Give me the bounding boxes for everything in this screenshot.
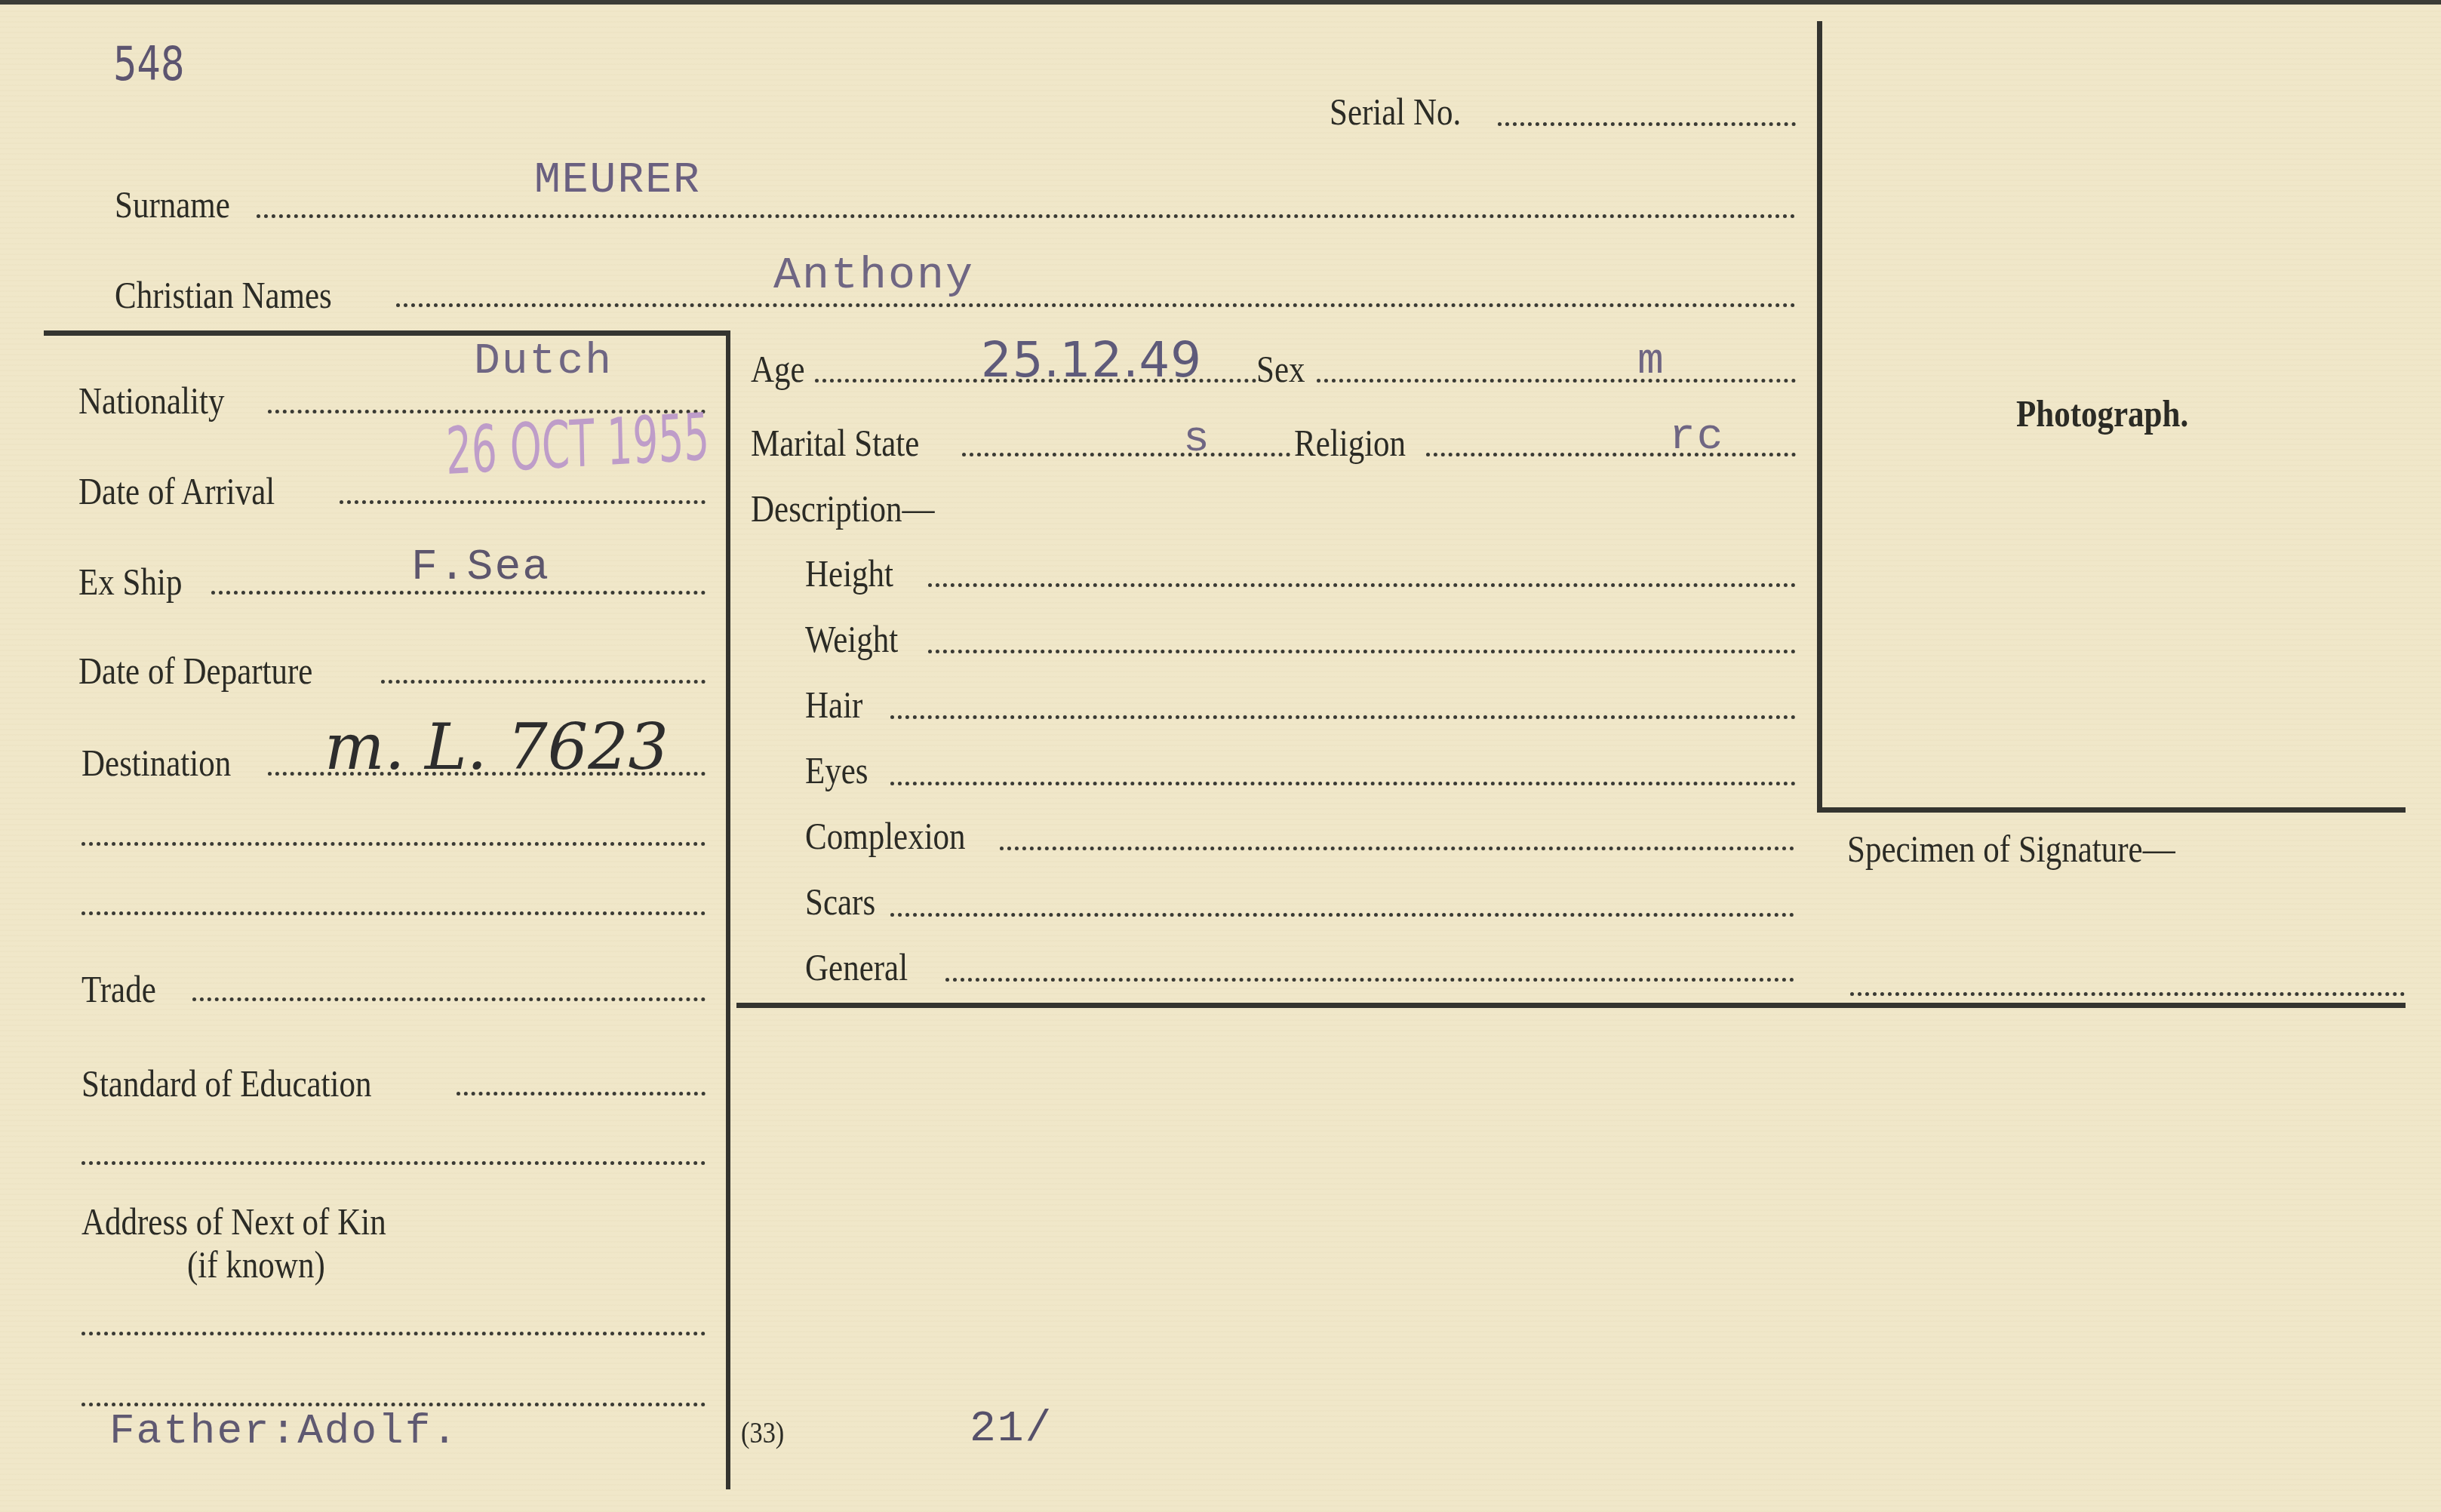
complexion-field[interactable] xyxy=(1000,847,1794,850)
next-of-kin-label: Address of Next of Kin xyxy=(81,1203,386,1240)
destination-extra-line-1[interactable] xyxy=(81,842,706,846)
photo-box-left-rule xyxy=(1817,21,1822,812)
eyes-field[interactable] xyxy=(890,782,1796,785)
date-of-departure-field[interactable] xyxy=(381,680,706,684)
eyes-label: Eyes xyxy=(805,751,868,789)
religion-field[interactable] xyxy=(1426,453,1796,456)
left-box-top-rule xyxy=(44,330,730,336)
surname-label: Surname xyxy=(115,186,230,223)
hair-label: Hair xyxy=(805,686,862,724)
destination-label: Destination xyxy=(81,744,231,782)
religion-label: Religion xyxy=(1294,424,1406,462)
surname-value: MEURER xyxy=(534,159,701,203)
sex-field[interactable] xyxy=(1317,379,1796,383)
index-number: 548 xyxy=(113,36,185,91)
religion-value: rc xyxy=(1669,416,1725,459)
next-of-kin-value: Father:Adolf. xyxy=(109,1410,459,1452)
standard-of-education-field[interactable] xyxy=(457,1092,706,1096)
nationality-label: Nationality xyxy=(78,382,224,419)
general-field[interactable] xyxy=(945,978,1794,982)
sex-label: Sex xyxy=(1256,350,1305,388)
marital-state-value: s xyxy=(1183,418,1211,462)
form-code: (33) xyxy=(741,1418,784,1448)
page-mark: 21/ xyxy=(970,1408,1053,1452)
next-of-kin-sublabel: (if known) xyxy=(187,1246,325,1283)
signature-label: Specimen of Signature— xyxy=(1847,830,2175,868)
serial-no-label: Serial No. xyxy=(1330,93,1461,131)
description-bottom-rule xyxy=(736,1003,2406,1008)
christian-names-field[interactable] xyxy=(396,303,1796,307)
height-label: Height xyxy=(805,555,893,592)
serial-no-field[interactable] xyxy=(1498,122,1796,126)
height-field[interactable] xyxy=(928,583,1796,587)
standard-of-education-label: Standard of Education xyxy=(81,1065,372,1102)
weight-label: Weight xyxy=(805,620,898,658)
marital-state-field[interactable] xyxy=(962,453,1290,456)
photograph-label: Photograph. xyxy=(2016,395,2188,432)
arrival-date-stamp: 26 OCT 1955 xyxy=(445,404,710,484)
nationality-value: Dutch xyxy=(474,340,613,384)
age-label: Age xyxy=(751,350,805,388)
ex-ship-value: F.Sea xyxy=(411,546,550,590)
date-of-arrival-label: Date of Arrival xyxy=(78,472,275,510)
next-of-kin-line-2[interactable] xyxy=(81,1403,706,1406)
destination-handwritten-value: m. L. 7623 xyxy=(324,715,669,779)
age-value: 25.12.49 xyxy=(981,337,1202,385)
sex-value: m xyxy=(1637,340,1665,384)
photo-box-bottom-rule xyxy=(1817,807,2406,813)
scars-label: Scars xyxy=(805,883,875,920)
next-of-kin-line-1[interactable] xyxy=(81,1332,706,1335)
marital-state-label: Marital State xyxy=(751,424,919,462)
trade-field[interactable] xyxy=(192,997,706,1001)
ex-ship-label: Ex Ship xyxy=(78,563,182,601)
education-extra-line[interactable] xyxy=(81,1161,706,1165)
christian-names-value: Anthony xyxy=(773,254,974,299)
trade-label: Trade xyxy=(81,970,156,1008)
description-label: Description— xyxy=(751,490,935,527)
date-of-departure-label: Date of Departure xyxy=(78,652,312,690)
registration-card: 548 Serial No. Surname MEURER Christian … xyxy=(0,0,2441,1512)
signature-field[interactable] xyxy=(1850,992,2405,996)
hair-field[interactable] xyxy=(890,715,1796,719)
date-of-arrival-field[interactable] xyxy=(340,500,706,504)
weight-field[interactable] xyxy=(928,650,1796,653)
complexion-label: Complexion xyxy=(805,817,966,855)
christian-names-label: Christian Names xyxy=(115,276,332,314)
left-column-divider xyxy=(726,330,730,1489)
destination-extra-line-2[interactable] xyxy=(81,911,706,915)
surname-field[interactable] xyxy=(257,214,1796,218)
general-label: General xyxy=(805,948,908,986)
scars-field[interactable] xyxy=(890,913,1794,917)
